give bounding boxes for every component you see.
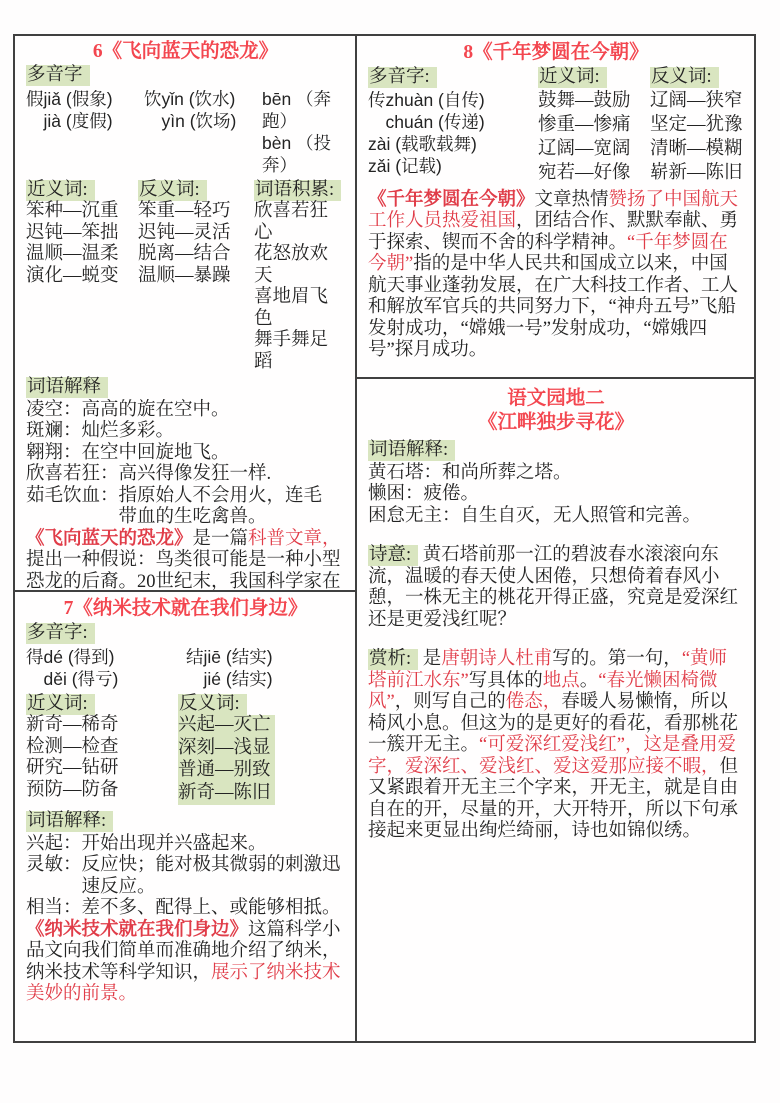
fanyici-item: 兴起—灭亡 [178, 715, 345, 738]
lesson-6-summary-paragraph: 《飞向蓝天的恐龙》是一篇科普文章，提出一种假说：鸟类很可能是一种小型恐龙的后裔。… [26, 529, 345, 591]
fanyici-list: 辽阔—狭窄 坚定—犹豫 清晰—模糊 崭新—陈旧 [650, 89, 744, 185]
fanyici-label: 反义词: [178, 694, 345, 716]
shangxi-paragraph: 赏析: 是唐朝诗人杜甫写的。第一句，“黄师塔前江水东”写具体的地点。“春光懒困椅… [368, 649, 744, 843]
jinyici-list: 鼓舞—鼓励 惨重—惨痛 辽阔—宽阔 宛若—好像 [538, 89, 650, 185]
ciyu-jilei-label: 词语积累: [254, 180, 345, 202]
ciyu-jieshi-label: 词语解释 [26, 377, 345, 399]
jinyici-column: 近义词: 新奇—稀奇 检测—检查 研究—钻研 预防—防备 [26, 694, 178, 806]
section-title-lesson-7: 7《纳米技术就在我们身边》 [26, 597, 345, 621]
section-title-poem: 《江畔独步寻花》 [368, 411, 744, 435]
ciyu-jieshi-list: 兴起：开始出现并兴盛起来。 灵敏：反应快；能对极其微弱的刺激迅 速反应。 相当：… [26, 834, 345, 920]
duoyinzi-col: 假jiǎ (假象) jià (度假) [26, 88, 144, 176]
duoyinzi-label: 多音字: [368, 67, 538, 89]
jinyici-label: 近义词: [26, 694, 178, 716]
ciyu-jieshi-label: 词语解释: [26, 811, 345, 833]
duoyinzi-label: 多音字 [26, 65, 345, 87]
shiyi-paragraph: 诗意: 黄石塔前那一江的碧波春水滚滚向东流，温暖的春天使人困倦，只想倚着春风小憩… [368, 545, 744, 631]
shiyi-label: 诗意: [368, 545, 418, 566]
duoyinzi-list: 传zhuàn (自传) chuán (传递) zài (载歌载舞) zǎi (记… [368, 89, 538, 177]
duoyinzi-col: 结jiē (结实) jié (结实) [186, 646, 345, 690]
jinyici-label: 近义词: [538, 67, 650, 89]
fanyici-column: 反义词: 兴起—灭亡 深刻—浅显 普通—别致 新奇—陈旧 [178, 694, 345, 806]
word-pairs-table: 近义词: 笨种—沉重 迟钝—笨拙 温顺—温柔 演化—蜕变 反义词: 笨重—轻巧 … [26, 180, 345, 374]
fanyici-item: 新奇—陈旧 [178, 783, 345, 806]
jinyici-list: 新奇—稀奇 检测—检查 研究—钻研 预防—防备 [26, 715, 178, 801]
duoyinzi-list: 得dé (得到) děi (得亏) 结jiē (结实) jié (结实) [26, 646, 345, 690]
word-pairs-table: 近义词: 新奇—稀奇 检测—检查 研究—钻研 预防—防备 反义词: 兴起—灭亡 … [26, 694, 345, 806]
duoyinzi-column: 多音字: 传zhuàn (自传) chuán (传递) zài (载歌载舞) z… [368, 67, 538, 185]
word-pairs-table: 多音字: 传zhuàn (自传) chuán (传递) zài (载歌载舞) z… [368, 67, 744, 185]
lesson-7-summary-paragraph: 《纳米技术就在我们身边》这篇科学小品文向我们简单而准确地介绍了纳米，纳米技术等科… [26, 920, 345, 1006]
jinyici-column: 近义词: 鼓舞—鼓励 惨重—惨痛 辽阔—宽阔 宛若—好像 [538, 67, 650, 185]
right-column: 8《千年梦圆在今朝》 多音字: 传zhuàn (自传) chuán (传递) z… [357, 36, 754, 1041]
section-title-lesson-6: 6《飞向蓝天的恐龙》 [26, 40, 345, 64]
duoyinzi-col: 得dé (得到) děi (得亏) [26, 646, 186, 690]
lesson-6-section: 6《飞向蓝天的恐龙》 多音字 假jiǎ (假象) jià (度假) 饮yǐn (… [15, 36, 355, 590]
scanned-study-notes-page: { "colors": { "accent_red": "#e03c48", "… [0, 0, 780, 1103]
shangxi-label: 赏析: [368, 649, 418, 670]
duoyinzi-col: bēn （奔跑） bèn （投奔） [262, 88, 345, 176]
fanyici-column: 反义词: 辽阔—狭窄 坚定—犹豫 清晰—模糊 崭新—陈旧 [650, 67, 744, 185]
fanyici-item: 普通—别致 [178, 760, 345, 783]
ciyu-jieshi-label: 词语解释: [368, 440, 744, 462]
fanyici-list: 笨重—轻巧 迟钝—灵活 脱离—结合 温顺—暴躁 [138, 201, 254, 287]
lesson-8-summary-paragraph: 《千年梦圆在今朝》文章热情赞扬了中国航天工作人员热爱祖国，团结合作、默默奉献、勇… [368, 190, 744, 362]
fanyici-item: 深刻—浅显 [178, 738, 345, 761]
jinyici-column: 近义词: 笨种—沉重 迟钝—笨拙 温顺—温柔 演化—蜕变 [26, 180, 138, 374]
fanyici-label: 反义词: [650, 67, 744, 89]
lesson-7-section: 7《纳米技术就在我们身边》 多音字: 得dé (得到) děi (得亏) 结ji… [15, 590, 355, 1041]
duoyinzi-col: 饮yǐn (饮水) yìn (饮场) [144, 88, 262, 176]
lesson-8-section: 8《千年梦圆在今朝》 多音字: 传zhuàn (自传) chuán (传递) z… [357, 36, 754, 377]
yuwen-yuandi-section: 语文园地二 《江畔独步寻花》 词语解释: 黄石塔：和尚所葬之塔。 懒困：疲倦。 … [357, 377, 754, 1041]
ciyu-jieshi-list: 凌空：高高的旋在空中。 斑斓：灿烂多彩。 翱翔：在空中回旋地飞。 欣喜若狂：高兴… [26, 400, 345, 529]
left-column: 6《飞向蓝天的恐龙》 多音字 假jiǎ (假象) jià (度假) 饮yǐn (… [15, 36, 357, 1041]
duoyinzi-list: 假jiǎ (假象) jià (度假) 饮yǐn (饮水) yìn (饮场) bē… [26, 88, 345, 176]
duoyinzi-label: 多音字: [26, 623, 345, 645]
fanyici-label: 反义词: [138, 180, 254, 202]
ciyu-jieshi-list: 黄石塔：和尚所葬之塔。 懒困：疲倦。 困怠无主：自生自灭，无人照管和完善。 [368, 463, 744, 528]
section-title-lesson-8: 8《千年梦圆在今朝》 [368, 41, 744, 65]
ciyu-jilei-column: 词语积累: 欣喜若狂心 花怒放欢天 喜地眉飞色 舞手舞足蹈 [254, 180, 345, 374]
section-title-yuandi: 语文园地二 [368, 387, 744, 411]
ciyu-jilei-list: 欣喜若狂心 花怒放欢天 喜地眉飞色 舞手舞足蹈 [254, 201, 345, 373]
jinyici-label: 近义词: [26, 180, 138, 202]
fanyici-column: 反义词: 笨重—轻巧 迟钝—灵活 脱离—结合 温顺—暴躁 [138, 180, 254, 374]
jinyici-list: 笨种—沉重 迟钝—笨拙 温顺—温柔 演化—蜕变 [26, 201, 138, 287]
worksheet-table: 6《飞向蓝天的恐龙》 多音字 假jiǎ (假象) jià (度假) 饮yǐn (… [13, 34, 756, 1043]
